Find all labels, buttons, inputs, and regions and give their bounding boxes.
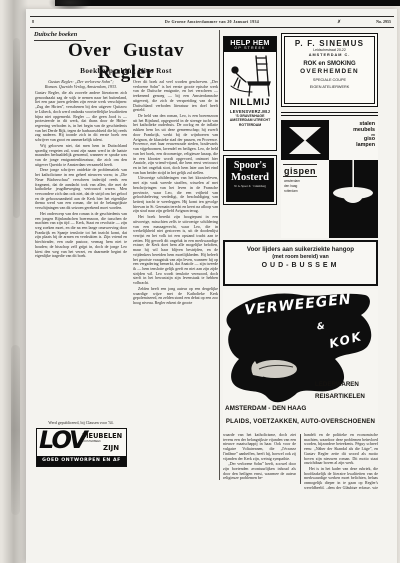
- article-paragraph: De held van den roman, Leo, is een boere…: [133, 114, 218, 175]
- ad-town: OOSTERBEEK: [83, 440, 101, 443]
- article-paragraph: Over dit boek zal veel worden geschreven…: [133, 80, 218, 113]
- ad-category: LEDERWAREN: [315, 381, 359, 388]
- article-paragraph: Wij gelooven niet, dat men hem in Duitsc…: [35, 144, 127, 168]
- ad-line: Voor lijders aan suikerziekte hangop: [225, 246, 376, 254]
- ad-word: MEUBELEN: [82, 432, 122, 440]
- newspaper-scan-page: { "colors": { "ink": "#1b1b1b", "paper":…: [0, 0, 400, 563]
- article-subtitle: Boekbespreking Nico Rost: [34, 66, 218, 75]
- article-paragraph: Deze jonge schrijver ontdekte de problem…: [35, 168, 127, 210]
- scan-streak: [11, 345, 20, 515]
- issue-number: No. 2955: [376, 19, 391, 24]
- article-paragraph: waarde van het katholicisme, doch ziet t…: [223, 433, 296, 461]
- ad-company-type: LEVENSVERZ.MIJ: [224, 109, 276, 114]
- ad-gispen: stalen meubels en giso lampen gispen ams…: [281, 120, 378, 238]
- ad-brand: LOV: [39, 428, 86, 454]
- ad-cities: AMSTERDAM - DEN HAAG: [225, 405, 306, 412]
- ad-slogan: GOED ONTWORPEN EN AF: [37, 456, 126, 466]
- ad-product: Mosterd: [226, 172, 274, 183]
- ad-note: EIGEN ATELIERWERK: [285, 85, 374, 90]
- gispen-brand-cell: gispen amsterdam den haag rotterdam: [281, 160, 329, 238]
- article-paragraph: Zelden heeft een jong auteur op een derg…: [133, 287, 218, 306]
- ad-city: ROTTERDAM: [224, 123, 276, 128]
- ad-category: REISARTIKELEN: [315, 393, 365, 400]
- ad-sinemus: P. F. SINEMUS Leidschestraat 20-22 AMSTE…: [281, 33, 378, 107]
- article-closing-line: Werd gepubliceerd, bij Clausen voor '34.: [35, 420, 127, 425]
- scan-top-edge-bar: [55, 0, 400, 6]
- section-heading: Duitsche boeken: [34, 31, 77, 38]
- article-paragraph: Uitvoerige schilderingen van het klooste…: [133, 176, 218, 214]
- pendant-lamp-icon: [329, 160, 378, 238]
- ad-brand: OUD-BUSSEM: [225, 262, 376, 269]
- column-divider: [219, 30, 220, 480]
- ad-nillmij-header: HELP HEM OP STREEK: [224, 37, 276, 52]
- ad-nillmij: HELP HEM OP STREEK NILLMIJ LEVENSVERZ.MI…: [223, 36, 277, 151]
- header-mark: ✗: [337, 19, 341, 25]
- scan-streak: [13, 38, 20, 218]
- ad-ampersand: &: [316, 321, 325, 332]
- nillmij-chair-illustration: [224, 52, 276, 98]
- ad-company-name: P. F. SINEMUS: [285, 40, 374, 49]
- ad-note: SPECIALE COUPE: [285, 78, 374, 83]
- ad-city: rotterdam: [281, 189, 329, 194]
- ad-product-list: PLAIDS, VOETZAKKEN, AUTO-OVERSCHOENEN: [223, 418, 378, 425]
- newspaper-page: 8 De Groene Amsterdammer van 20 Januari …: [26, 9, 398, 563]
- ad-spoors-mosterd: Spoor's Mosterd W. A. Spoor Jr. · Culemb…: [223, 155, 277, 205]
- ad-word: ZIJN: [103, 444, 119, 452]
- article-paragraph: Het onderwerp van den roman is de geschi…: [35, 212, 127, 259]
- article-paragraph: „Der verlorene Sohn” heeft, zoowel door …: [223, 462, 296, 481]
- article-paragraph: Het boek bereikt zijn hoogtepunt in een …: [133, 215, 218, 286]
- ad-maker: W. A. Spoor Jr. · Culemborg: [226, 185, 274, 188]
- gispen-logo-icon: [281, 120, 329, 160]
- ad-sinemus-panel: P. F. SINEMUS Leidschestraat 20-22 AMSTE…: [284, 36, 375, 104]
- article-column-2: Over dit boek zal veel worden geschreven…: [133, 80, 218, 473]
- ad-brand: gispen: [283, 164, 317, 177]
- ad-city: AMSTERDAM UTRECHT: [224, 118, 276, 123]
- ad-lov-meubelen: LOV MEUBELEN OOSTERBEEK ZIJN GOED ONTWOR…: [36, 428, 127, 467]
- article-column-1: Gustav Regler: „Der verlorene Sohn”; Rom…: [35, 80, 127, 418]
- ad-spoors-panel: Spoor's Mosterd W. A. Spoor Jr. · Culemb…: [226, 158, 274, 202]
- article-column-4: handelt en de politieke en economische m…: [304, 433, 378, 489]
- article-column-3: waarde van het katholicisme, doch ziet t…: [223, 433, 296, 486]
- book-citation: Gustav Regler: „Der verlorene Sohn”; Rom…: [35, 80, 127, 90]
- article-paragraph: handelt en de politieke en economische m…: [304, 433, 378, 466]
- column-divider: [300, 434, 301, 484]
- ad-headline: HELP HEM: [224, 39, 276, 46]
- ad-product-word: meubels: [353, 127, 375, 133]
- gispen-products: stalen meubels en giso lampen: [329, 120, 378, 160]
- double-rule: [281, 112, 378, 116]
- ad-verweegen-kok: VERWEEGEN & KOK LEDERWAREN REISARTIKELEN…: [223, 289, 378, 430]
- ad-brand: NILLMIJ: [224, 98, 276, 108]
- ad-product-line: ROK en SMOKING: [285, 61, 374, 68]
- article-paragraph: Gustav Regler, die als zoovele andere li…: [35, 91, 127, 143]
- article-title: Over Gustav Regler: [34, 40, 218, 84]
- ad-product-line: OVERHEMDEN: [285, 68, 374, 75]
- header-rule: [30, 27, 394, 28]
- ad-oud-bussem: Voor lijders aan suikerziekte hangop (me…: [223, 240, 378, 286]
- ad-brand: Spoor's: [226, 161, 274, 172]
- header-rule: [30, 16, 394, 17]
- ad-line: (met room bereid) van: [225, 254, 376, 261]
- ad-city: AMSTERDAM C.: [285, 53, 374, 58]
- article-paragraph: Het is in het kader van deze rubriek, di…: [304, 467, 378, 489]
- ad-product-word: lampen: [356, 142, 375, 148]
